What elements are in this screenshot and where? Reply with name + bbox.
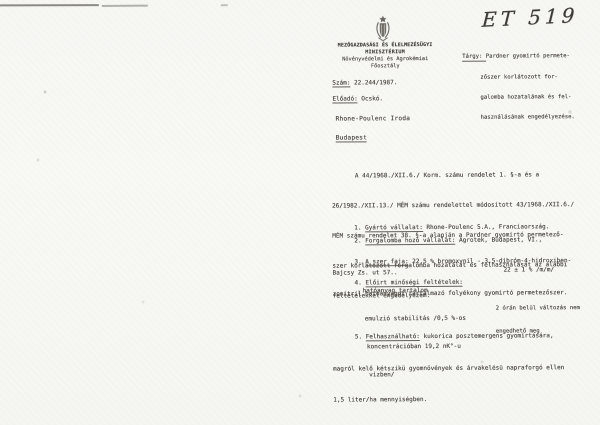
item-text: kukorica posztemergens gyomirtására,	[420, 332, 554, 340]
subject-line: galomba hozatalának és fel-	[462, 94, 574, 101]
dept-name-line2: Főosztály	[310, 63, 460, 70]
scanned-document-page: ET 519 MEZŐGAZDASÁGI ÉS ÉLELMEZÉSÜGYI MI…	[0, 0, 600, 425]
addressee-name: Rhone-Poulenc Iroda	[335, 115, 410, 122]
intro-line: A 44/1968./XII.6./ Korm. számu rendelet …	[332, 170, 574, 181]
addressee-city: Budapest	[336, 134, 367, 141]
subject-first-line: Tárgy: Pardner gyomirtó permete-	[462, 53, 574, 60]
subject-block: Tárgy: Pardner gyomirtó permete- zőszer …	[462, 40, 575, 135]
item-5-line: 5.Felhasználható: kukorica posztemergens…	[333, 331, 564, 343]
clerk-label: Előadó:	[332, 95, 357, 103]
subject-line: zőszer korlátozott for-	[462, 74, 574, 81]
document-content: ET 519 MEZŐGAZDASÁGI ÉS ÉLELMEZÉSÜGYI MI…	[0, 0, 600, 425]
scan-artifact-mark	[221, 4, 228, 6]
hungary-coat-of-arms-icon	[373, 15, 393, 42]
item-number: 5.	[355, 333, 362, 340]
addressee-city-text: Budapest	[336, 134, 367, 142]
spec-value: 22 ± 1 % /m/m/	[503, 266, 554, 273]
clerk-value: Ocskó.	[358, 95, 383, 102]
item-5: 5.Felhasználható: kukorica posztemergens…	[333, 310, 565, 425]
item-5-continuation: 1,5 liter/ha mennyiségben.	[333, 394, 564, 406]
item-5-continuation: magról kelő kétszikü gyomnövények és árv…	[333, 363, 564, 375]
reference-number-line: Szám: 22.244/1987.	[332, 79, 397, 86]
subject-text: Pardner gyomirtó permete-	[486, 53, 570, 60]
item-label: Felhasználható:	[366, 333, 420, 342]
scan-artifact-line-2	[102, 5, 148, 7]
org-name-line2: MINISZTÉRIUM	[310, 49, 460, 56]
item-number: 4.	[354, 279, 361, 286]
dept-name-line1: Növényvédelmi és Agrokémiai	[310, 56, 460, 63]
subject-line: használásának engedélyezése.	[462, 114, 574, 121]
org-name-line1: MEZŐGAZDASÁGI ÉS ÉLELMEZÉSÜGYI	[310, 42, 460, 49]
handwritten-code: ET 519	[481, 3, 579, 32]
reference-label: Szám:	[332, 79, 350, 87]
scan-artifact-line-1	[0, 4, 99, 6]
clerk-line: Előadó: Ocskó.	[332, 95, 383, 102]
subject-label: Tárgy:	[462, 54, 486, 61]
reference-value: 22.244/1987.	[350, 79, 397, 86]
spec-param-line: hatóanyag tartalom	[363, 286, 466, 296]
